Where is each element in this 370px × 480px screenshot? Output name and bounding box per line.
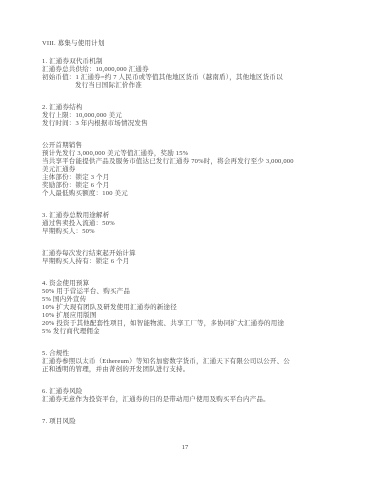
text-line: 发行上限：10,000,000 美元 <box>42 112 342 120</box>
block-project-risk: 7. 项目风险 <box>42 418 342 426</box>
section-heading: 3. 汇通券总数用途解析 <box>42 212 342 220</box>
section-heading: 7. 项目风险 <box>42 418 342 426</box>
document-content: VIII. 募集与使用计划 1. 汇通券双代币机制 汇通券总共供给：10,000… <box>42 40 342 440</box>
block-token-structure: 2. 汇通券结构 发行上限：10,000,000 美元 发行时间：3 年内根据市… <box>42 104 342 128</box>
text-line: 50% 用于营运平台、购买产品 <box>42 288 342 296</box>
text-line: 个人最低购买额度：100 美元 <box>42 190 342 198</box>
text-line: 预计先发行 3,000,000 美元等值汇通券，奖励 15% <box>42 150 342 158</box>
page-number: 17 <box>0 444 370 451</box>
text-line: 汇通券参照以太币（Ethereum）等知名加密数字货币，汇通天下有限公司以公开、… <box>42 358 342 366</box>
text-line: 汇通券每次发行结束起开始计算 <box>42 250 342 258</box>
text-line: 通过售卖投入流通：50% <box>42 220 342 228</box>
text-line: 奖励部份：锁定 6 个月 <box>42 182 342 190</box>
section-heading: 4. 资金使用预算 <box>42 280 342 288</box>
text-line: 正和透明的管理，并由菁创的开发团队进行支持。 <box>42 366 342 374</box>
block-token-usage-breakdown: 3. 汇通券总数用途解析 通过售卖投入流通：50% 早期购买人：50% <box>42 212 342 236</box>
block-funds-budget: 4. 资金使用预算 50% 用于营运平台、购买产品 5% 国内外宣传 10% 扩… <box>42 280 342 336</box>
text-line: 早期购买人持有：锁定 6 个月 <box>42 258 342 266</box>
text-line: 5% 国内外宣传 <box>42 296 342 304</box>
block-lockup-terms: 汇通券每次发行结束起开始计算 早期购买人持有：锁定 6 个月 <box>42 250 342 266</box>
section-heading: 2. 汇通券结构 <box>42 104 342 112</box>
block-dual-token-mechanism: 1. 汇通券双代币机制 汇通券总共供给：10,000,000 汇通券 初始币值：… <box>42 58 342 90</box>
section-heading: 5. 合规性 <box>42 350 342 358</box>
text-line: 初始币值：1 汇通券=约 7 人民币或等值其他地区货币（越南盾），其他地区货币以 <box>42 74 342 82</box>
text-line: 早期购买人：50% <box>42 228 342 236</box>
section-heading: 1. 汇通券双代币机制 <box>42 58 342 66</box>
text-line: 20% 投资于其他配套性项目，如智能物流、共享工厂等，多协同扩大汇通券的用途 <box>42 320 342 328</box>
section-viii-title-block: VIII. 募集与使用计划 <box>42 40 342 48</box>
text-line: 主体部份：锁定 3 个月 <box>42 174 342 182</box>
text-line: 5% 发行商代理佣金 <box>42 328 342 336</box>
page-title: VIII. 募集与使用计划 <box>42 40 342 48</box>
block-compliance: 5. 合规性 汇通券参照以太币（Ethereum）等知名加密数字货币，汇通天下有… <box>42 350 342 374</box>
block-token-risk: 6. 汇通券风险 汇通券无意作为投资平台，汇通券的目的是带动用户使用及购买平台内… <box>42 388 342 404</box>
text-line: 汇通券总共供给：10,000,000 汇通券 <box>42 66 342 74</box>
block-public-initial-sale: 公开首期销售 预计先发行 3,000,000 美元等值汇通券，奖励 15% 当共… <box>42 142 342 198</box>
text-line: 发行当日国际汇价作准 <box>42 82 342 90</box>
document-page: VIII. 募集与使用计划 1. 汇通券双代币机制 汇通券总共供给：10,000… <box>0 0 370 480</box>
text-line: 美元汇通券 <box>42 166 342 174</box>
text-line: 发行时间：3 年内根据市场情况发售 <box>42 120 342 128</box>
section-heading: 6. 汇通券风险 <box>42 388 342 396</box>
text-line: 当共享平台能提供产品及服务市值达已发行汇通券 70%时，将会再发行至少 3,00… <box>42 158 342 166</box>
text-line: 10% 扩大现有团队及研发使用汇通券的新途径 <box>42 304 342 312</box>
sub-heading: 公开首期销售 <box>42 142 342 150</box>
text-line: 汇通券无意作为投资平台，汇通券的目的是带动用户使用及购买平台内产品。 <box>42 396 342 404</box>
text-line: 10% 扩展应用版图 <box>42 312 342 320</box>
